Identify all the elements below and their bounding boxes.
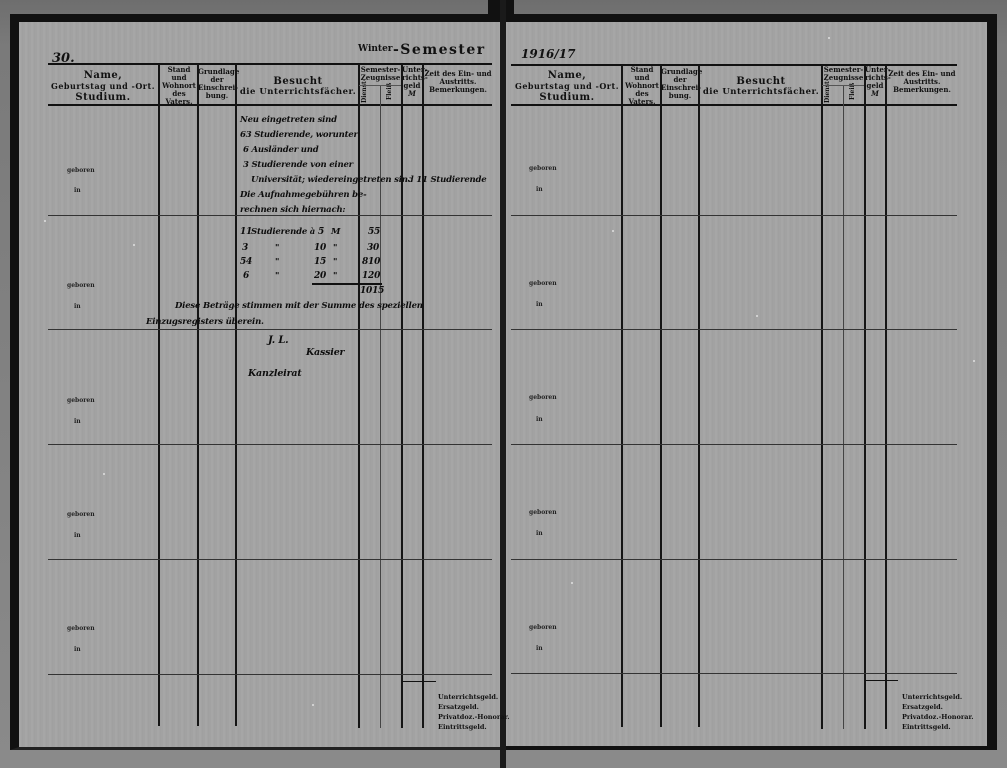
fee-total: 30 [367, 244, 379, 253]
scan-speck [44, 220, 46, 222]
fee-unit: " [333, 258, 337, 267]
born-label: geboren [67, 168, 95, 174]
subheader-rule [822, 85, 865, 86]
fee-total: 120 [362, 272, 380, 281]
fee-label: " [275, 244, 279, 253]
born-in-label: in [74, 419, 81, 425]
born-label: geboren [529, 625, 557, 631]
scan-speck [103, 473, 105, 475]
row-separator [511, 444, 957, 445]
fee-unit: " [333, 272, 337, 281]
confirmation-line: Diese Beträge stimmen mit der Summe des … [175, 302, 423, 311]
header-bottom-rule [511, 104, 957, 106]
total-rule [865, 680, 898, 681]
fee-label: " [275, 258, 279, 267]
row-separator [48, 674, 492, 675]
born-in-label: in [74, 188, 81, 194]
header-top-rule [511, 64, 957, 66]
fees-footer: Unterrichtsgeld. Ersatzgeld. Privatdoz.-… [438, 692, 510, 732]
fee-unit: M [331, 228, 340, 237]
fee-rate: 10 [314, 244, 326, 253]
born-in-label: in [536, 302, 543, 308]
fee-sum-rule [312, 283, 382, 285]
header-zeugnisse-dienst: Dienst- [824, 79, 831, 103]
total-rule [402, 681, 436, 682]
header-bottom-rule [48, 104, 492, 106]
column-divider [843, 86, 844, 729]
column-divider [821, 65, 823, 729]
born-in-label: in [536, 646, 543, 652]
row-separator [48, 444, 492, 445]
born-in-label: in [536, 531, 543, 537]
column-divider [235, 64, 237, 726]
header-geld: Unter- richts- geld M [865, 66, 885, 98]
right-page [505, 14, 997, 750]
column-divider [158, 64, 160, 726]
born-in-label: in [74, 647, 81, 653]
born-label: geboren [529, 166, 557, 172]
fee-total: 810 [362, 258, 380, 267]
signature-office: Kanzleirat [248, 369, 302, 379]
born-label: geboren [529, 395, 557, 401]
handwritten-note-line: Universität; wiedereingetreten sind 11 S… [251, 176, 486, 185]
born-label: geboren [67, 283, 95, 289]
scan-speck [571, 582, 573, 584]
header-grundlage: Grundlage der Einschrei- bung. [661, 68, 699, 100]
fee-count: 54 [240, 258, 252, 267]
header-besucht: Besucht die Unterrichtsfächer. [237, 76, 359, 98]
handwritten-note-line: Neu eingetreten sind [240, 116, 337, 125]
fee-sum: 1015 [360, 287, 384, 296]
fee-total: 55 [368, 228, 380, 237]
binding-gutter [500, 0, 506, 768]
header-zeugnisse-dienst: Dienst- [361, 79, 368, 103]
fee-rate: 5 [318, 228, 324, 237]
column-divider [885, 65, 887, 729]
header-zeit: Zeit des Ein- und Austritts. Bemerkungen… [423, 70, 493, 94]
scan-speck [312, 704, 314, 706]
header-name: Name, Geburtstag und -Ort. Studium. [48, 70, 158, 103]
header-stand: Stand und Wohnort des Vaters. [623, 66, 661, 106]
header-geld: Unter- richts- geld M [402, 66, 422, 98]
born-in-label: in [536, 187, 543, 193]
row-separator [511, 215, 957, 216]
column-divider [197, 64, 199, 726]
scan-speck [973, 360, 975, 362]
born-in-label: in [74, 304, 81, 310]
scan-speck [408, 178, 410, 180]
column-divider [698, 65, 700, 727]
header-stand: Stand und Wohnort des Vaters. [160, 66, 198, 106]
column-divider [621, 65, 623, 727]
fee-rate: 20 [314, 272, 326, 281]
semester-prefix: Winter [358, 45, 393, 54]
header-zeit: Zeit des Ein- und Austritts. Bemerkungen… [886, 70, 958, 94]
handwritten-note-line: 63 Studierende, worunter [240, 131, 358, 140]
confirmation-line: Einzugsregisters überein. [146, 318, 264, 327]
born-label: geboren [529, 281, 557, 287]
row-separator [511, 559, 957, 560]
fee-unit: " [333, 244, 337, 253]
subheader-rule [359, 85, 402, 86]
scan-speck [612, 230, 614, 232]
handwritten-note-line: 3 Studierende von einer [243, 161, 353, 170]
fees-footer: Unterrichtsgeld. Ersatzgeld. Privatdoz.-… [902, 692, 974, 732]
column-divider [401, 64, 403, 728]
fee-count: 3 [242, 244, 248, 253]
semester-title: -Semester [393, 43, 486, 57]
handwritten-note-line: Die Aufnahmegebühren be- [240, 191, 366, 200]
born-label: geboren [67, 626, 95, 632]
scan-speck [756, 315, 758, 317]
handwritten-note-line: rechnen sich hiernach: [240, 206, 345, 215]
born-in-label: in [536, 417, 543, 423]
fee-count: 6 [243, 272, 249, 281]
row-separator [511, 673, 957, 674]
header-grundlage: Grundlage der Einschrei- bung. [198, 68, 236, 100]
row-separator [48, 329, 492, 330]
fee-label: " [275, 272, 279, 281]
born-label: geboren [67, 398, 95, 404]
column-divider [864, 65, 866, 729]
signature-initials: J. L. [268, 336, 288, 346]
born-in-label: in [74, 533, 81, 539]
header-besucht: Besucht die Unterrichtsfächer. [700, 76, 822, 98]
fee-label: Studierende à [251, 228, 315, 237]
born-label: geboren [529, 510, 557, 516]
year-label: 1916/17 [521, 48, 575, 60]
born-label: geboren [67, 512, 95, 518]
row-separator [48, 215, 492, 216]
header-name: Name, Geburtstag und -Ort. Studium. [512, 70, 622, 103]
column-divider [358, 64, 360, 728]
row-separator [511, 329, 957, 330]
column-divider [660, 65, 662, 727]
scan-speck [828, 37, 830, 39]
fee-rate: 15 [314, 258, 326, 267]
scan-speck [133, 244, 135, 246]
handwritten-note-line: 6 Ausländer und [243, 146, 318, 155]
signature-title: Kassier [306, 348, 344, 358]
row-separator [48, 559, 492, 560]
column-divider [422, 64, 424, 728]
